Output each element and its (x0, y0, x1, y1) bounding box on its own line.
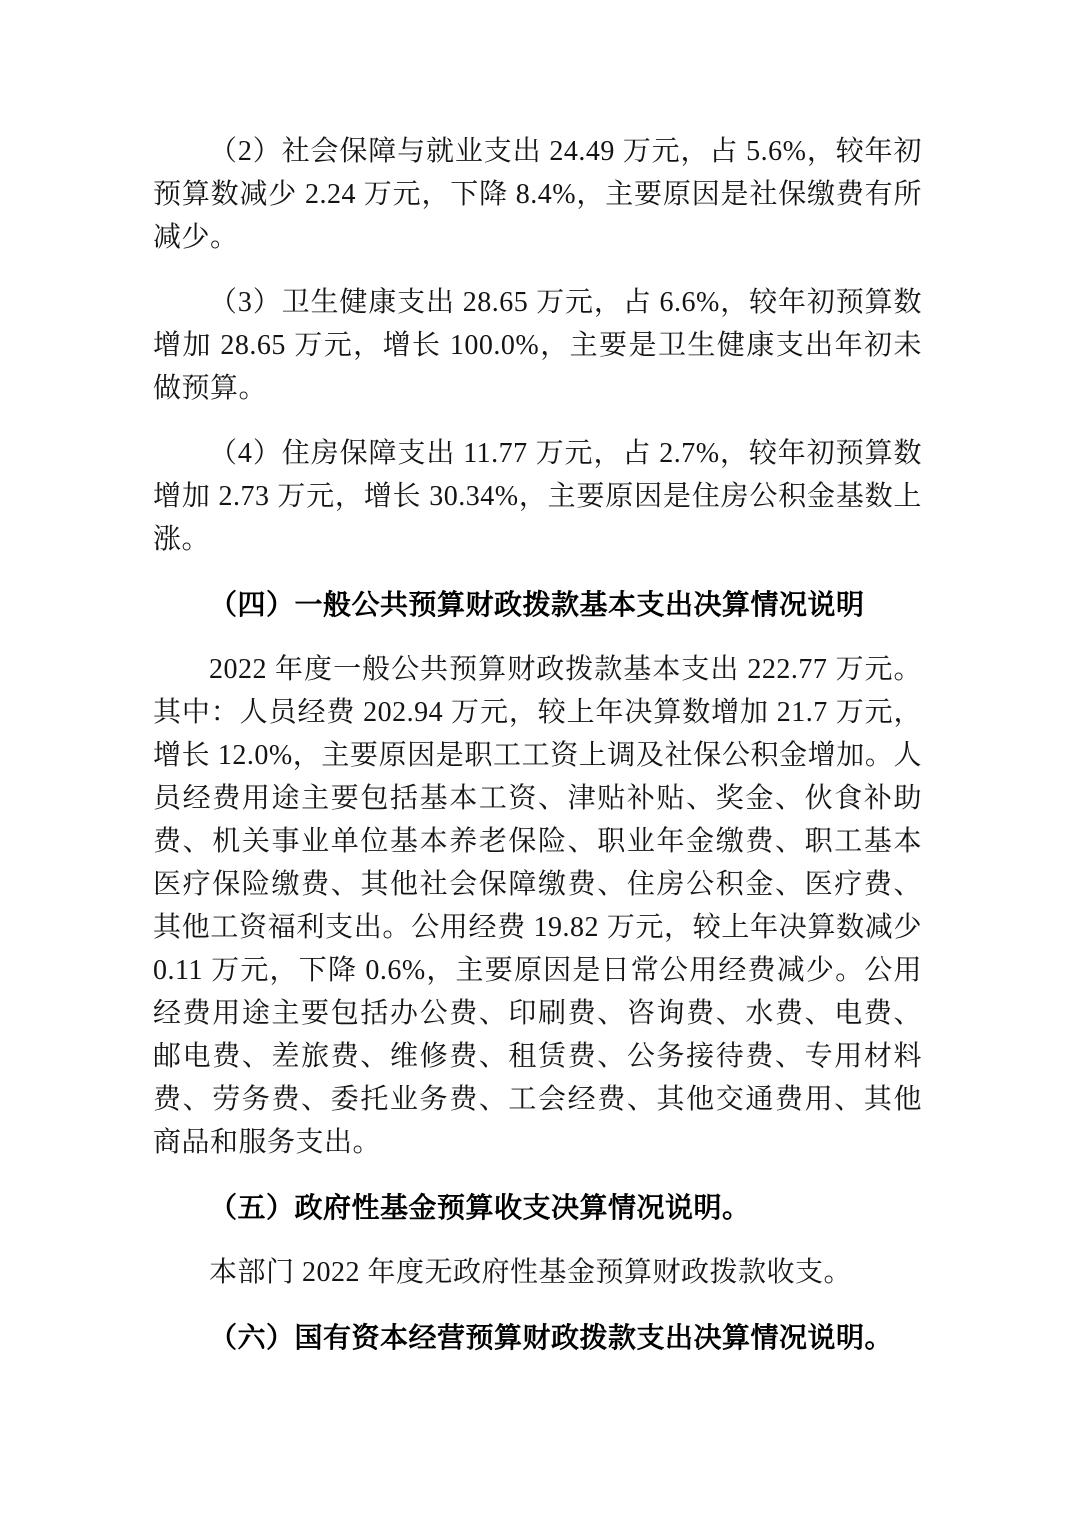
section-heading-6-state-capital-budget: （六）国有资本经营预算财政拨款支出决算情况说明。 (153, 1316, 922, 1359)
paragraph-no-government-fund: 本部门 2022 年度无政府性基金预算财政拨款收支。 (153, 1251, 922, 1294)
section-heading-4-basic-expenditure: （四）一般公共预算财政拨款基本支出决算情况说明 (153, 583, 922, 626)
paragraph-basic-expenditure-detail: 2022 年度一般公共预算财政拨款基本支出 222.77 万元。其中：人员经费 … (153, 648, 922, 1164)
section-heading-5-government-fund-budget: （五）政府性基金预算收支决算情况说明。 (153, 1186, 922, 1229)
paragraph-health-expenditure: （3）卫生健康支出 28.65 万元，占 6.6%，较年初预算数增加 28.65… (153, 281, 922, 410)
paragraph-social-security-expenditure: （2）社会保障与就业支出 24.49 万元，占 5.6%，较年初预算数减少 2.… (153, 130, 922, 259)
paragraph-housing-security-expenditure: （4）住房保障支出 11.77 万元，占 2.7%，较年初预算数增加 2.73 … (153, 432, 922, 561)
document-page: （2）社会保障与就业支出 24.49 万元，占 5.6%，较年初预算数减少 2.… (0, 0, 1074, 1520)
